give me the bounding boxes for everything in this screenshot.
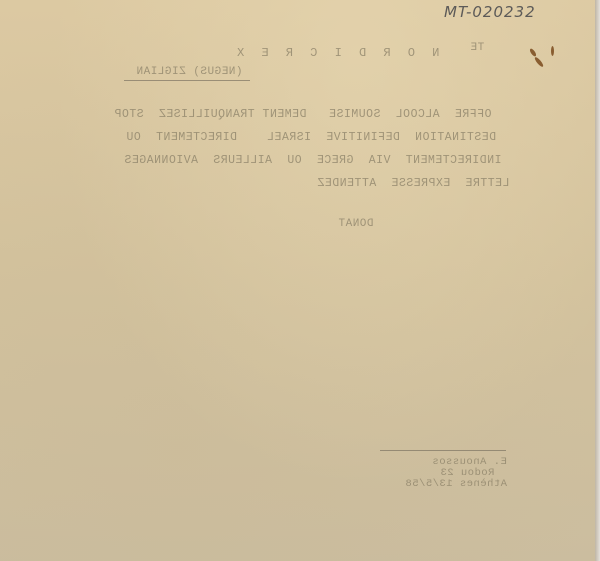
recipient-underline [124, 80, 250, 81]
recipient-line: (NEGUS) ZIGLIAN [136, 66, 243, 78]
archive-reference: MT-020232 [444, 3, 536, 21]
header-initials: TE [470, 42, 484, 54]
page-edge [595, 0, 600, 561]
signature: DONAT [338, 218, 374, 230]
document-title: N O R D I C R E X [232, 46, 439, 60]
body-line-1: OFFRE ALCOOL SOUMISE DEMENT TRANQUILLISE… [114, 108, 491, 121]
document-page [0, 0, 595, 561]
body-line-3: INDIRECTEMENT VIA GRECE OU AILLEURS AVIO… [124, 154, 501, 167]
sender-rule [380, 450, 506, 451]
stain-mark [551, 46, 554, 56]
body-line-2: DESTINATION DEFINITIVE ISRAEL DIRECTEMEN… [126, 131, 496, 144]
sender-date: Athènes 13/5/58 [405, 478, 507, 490]
body-line-4: LETTRE EXPRESSE ATTENDEZ [317, 177, 509, 190]
